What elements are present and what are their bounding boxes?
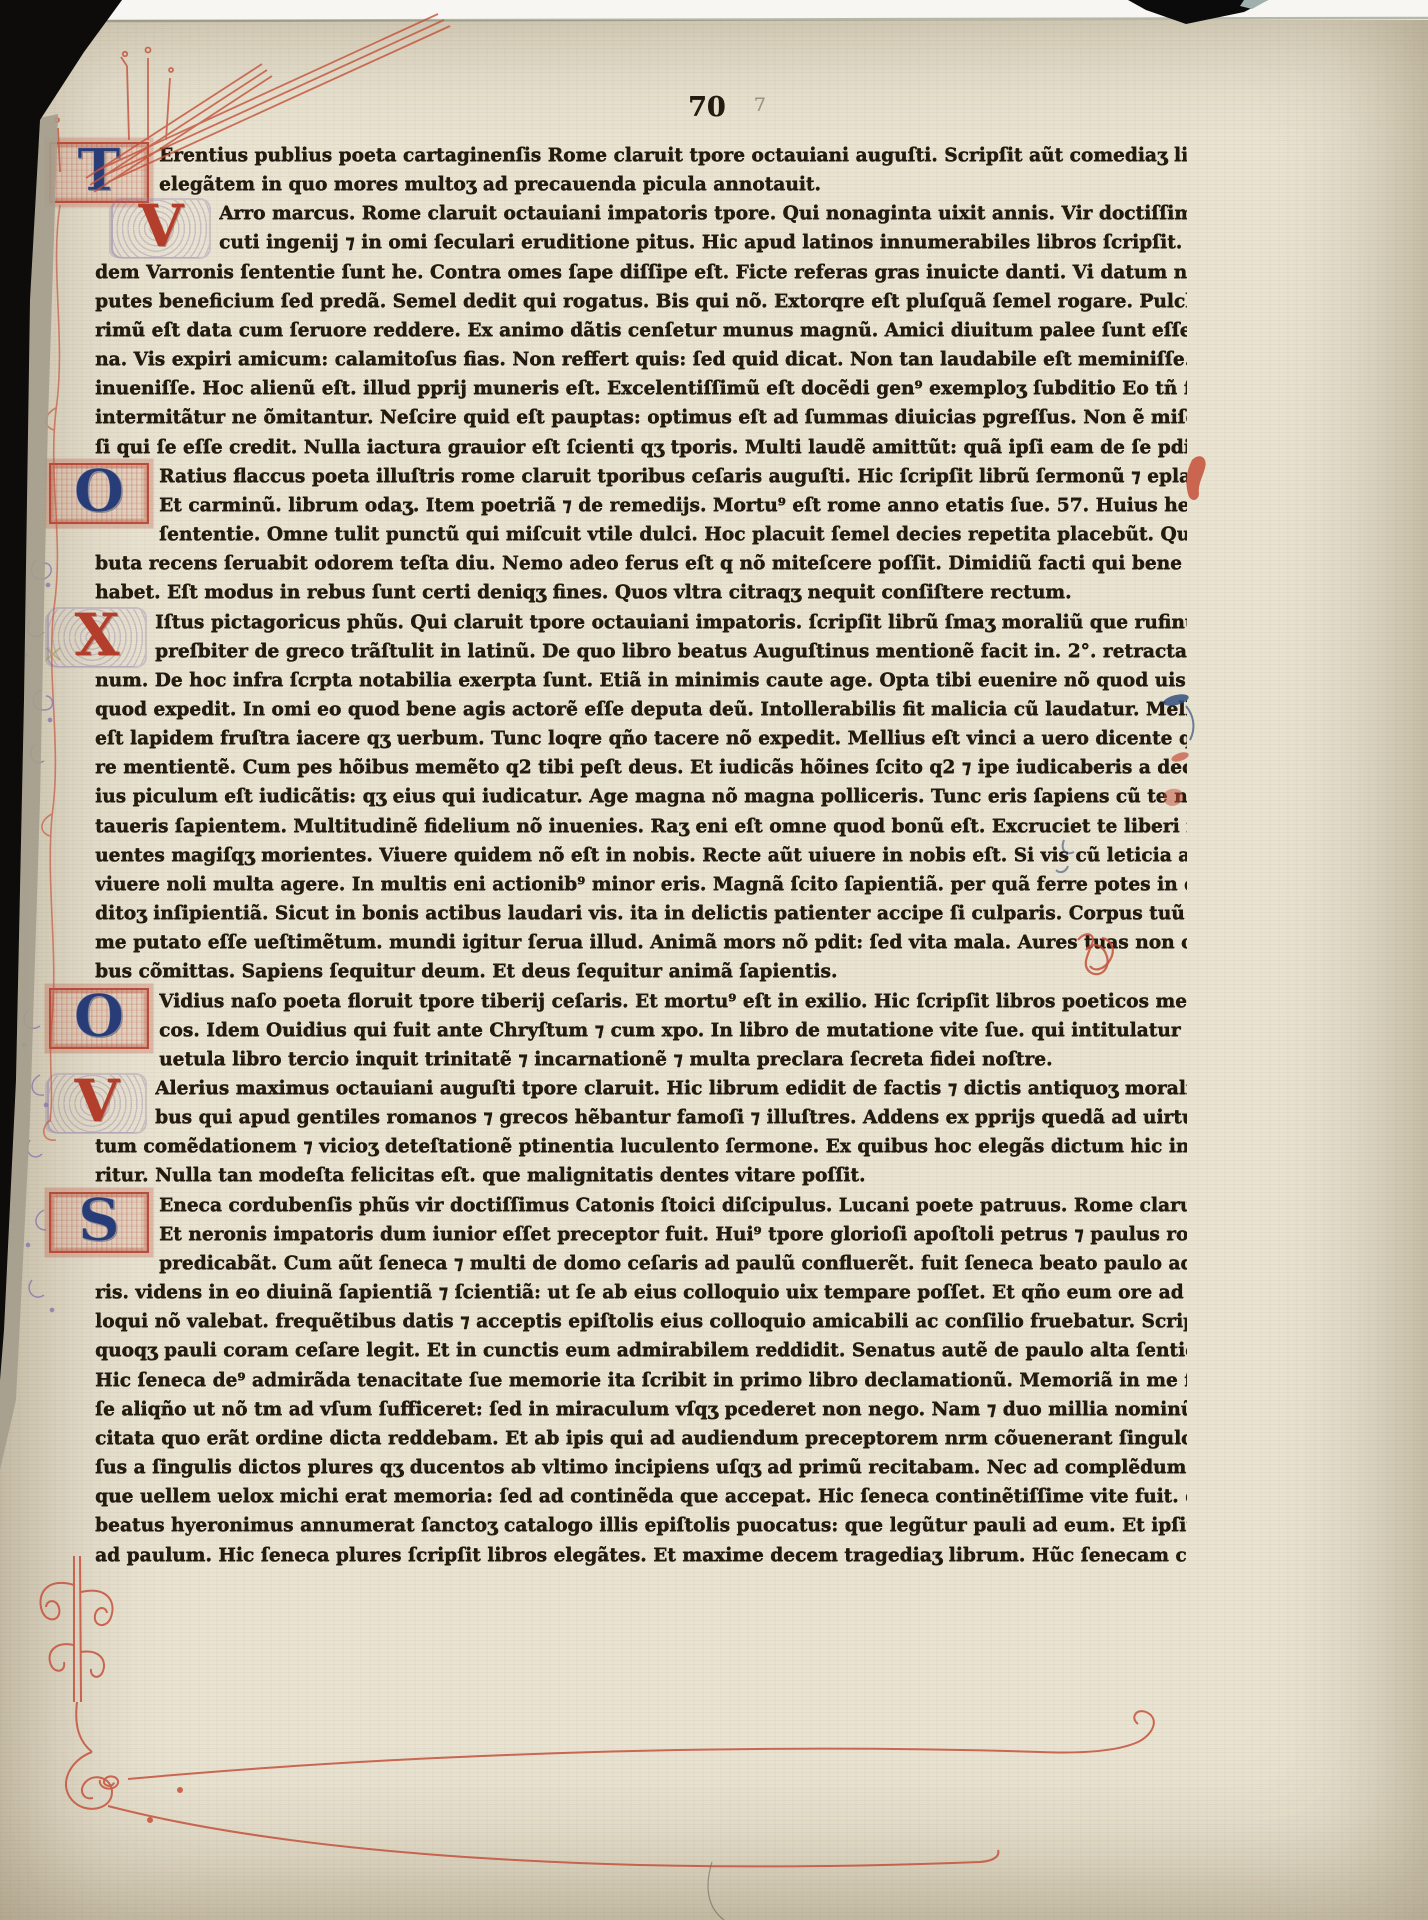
text-block: TErentius publius poeta cartaginenſis Ro… bbox=[95, 141, 1187, 1570]
text-line: predicabãt. Cum aũt ſeneca ⁊ multi de do… bbox=[159, 1249, 1187, 1278]
text-line: quod expedit. In omi eo quod bene agis a… bbox=[95, 695, 1187, 724]
text-line: Hic ſeneca de⁹ admirãda tenacitate ſue m… bbox=[95, 1366, 1187, 1395]
text-line: uetula libro tercio inquit trinitatẽ ⁊ i… bbox=[159, 1045, 1187, 1074]
text-line: preſbiter de greco trãſtulit in latinũ. … bbox=[155, 637, 1187, 666]
text-line: Alerius maximus octauiani auguſti tpore … bbox=[155, 1074, 1187, 1103]
drop-cap-letter: O bbox=[51, 990, 147, 1042]
text-line: citata quo erãt ordine dicta reddebam. E… bbox=[95, 1424, 1187, 1453]
text-line: Ratius flaccus poeta illuſtris rome clar… bbox=[159, 462, 1187, 491]
text-line: ſe aliqño ut nõ tm ad vſum ſufficeret: ſ… bbox=[95, 1395, 1187, 1424]
quire-mark: 7 bbox=[754, 94, 766, 116]
text-line: elegãtem in quo mores multoʒ ad precauen… bbox=[159, 170, 1187, 199]
drop-cap: V bbox=[49, 1075, 145, 1132]
drop-cap-letter: S bbox=[51, 1194, 147, 1246]
text-line: cuti ingenij ⁊ in omi ſeculari erudition… bbox=[219, 228, 1187, 257]
text-line: quoqʒ pauli coram ceſare legit. Et in cu… bbox=[95, 1336, 1187, 1365]
text-line: buta recens ſeruabit odorem teſta diu. N… bbox=[95, 549, 1187, 578]
text-line: ritur. Nulla tan modeſta felicitas eſt. … bbox=[95, 1161, 1187, 1190]
paragraph: VAlerius maximus octauiani auguſti tpore… bbox=[95, 1074, 1187, 1191]
text-line: Vidius naſo poeta floruit tpore tiberij … bbox=[159, 987, 1187, 1016]
text-line: taueris ſapientem. Multitudinẽ fidelium … bbox=[95, 812, 1187, 841]
text-line: habet. Eſt modus in rebus ſunt certi den… bbox=[95, 578, 1187, 607]
paragraph: ORatius flaccus poeta illuſtris rome cla… bbox=[95, 462, 1187, 608]
paragraph: OVidius naſo poeta floruit tpore tiberij… bbox=[95, 987, 1187, 1074]
drop-cap: T bbox=[49, 142, 149, 203]
paragraph: XIſtus pictagoricus phũs. Qui claruit tp… bbox=[95, 608, 1187, 987]
text-line: loqui nõ valebat. frequẽtibus datis ⁊ ac… bbox=[95, 1307, 1187, 1336]
text-line: bus cõmittas. Sapiens ſequitur deum. Et … bbox=[95, 957, 1187, 986]
text-line: ditoʒ inſipientiã. Sicut in bonis actibu… bbox=[95, 899, 1187, 928]
drop-cap: V bbox=[113, 200, 209, 257]
text-line: eſt lapidem fruſtra iacere qʒ uerbum. Tu… bbox=[95, 724, 1187, 753]
text-line: Iſtus pictagoricus phũs. Qui claruit tpo… bbox=[155, 608, 1187, 637]
text-line: que uellem uelox michi erat memoria: ſed… bbox=[95, 1482, 1187, 1511]
text-line: re mentientẽ. Cum pes hõibus memẽto q2 t… bbox=[95, 753, 1187, 782]
text-line: na. Vis expiri amicum: calamitoſus fias.… bbox=[95, 345, 1187, 374]
text-line: tum comẽdationem ⁊ vicioʒ deteſtationẽ p… bbox=[95, 1132, 1187, 1161]
text-line: bus qui apud gentiles romanos ⁊ grecos h… bbox=[155, 1103, 1187, 1132]
drop-cap: O bbox=[49, 463, 149, 524]
text-line: uentes magiſqʒ morientes. Viuere quidem … bbox=[95, 841, 1187, 870]
text-line: dem Varronis ſententie ſunt he. Contra o… bbox=[95, 258, 1187, 287]
text-line: beatus hyeronimus annumerat ſanctoʒ cata… bbox=[95, 1511, 1187, 1540]
text-line: viuere noli multa agere. In multis eni a… bbox=[95, 870, 1187, 899]
paragraph: VArro marcus. Rome claruit octauiani imp… bbox=[95, 199, 1187, 461]
text-line: ius piculum eſt iudicãtis: qʒ eius qui i… bbox=[95, 782, 1187, 811]
text-line: Eneca cordubenſis phũs vir doctiſſimus C… bbox=[159, 1191, 1187, 1220]
text-line: Arro marcus. Rome claruit octauiani impa… bbox=[219, 199, 1187, 228]
text-line: putes beneficium ſed predã. Semel dedit … bbox=[95, 287, 1187, 316]
paragraph: TErentius publius poeta cartaginenſis Ro… bbox=[95, 141, 1187, 199]
drop-cap-letter: O bbox=[51, 465, 147, 517]
drop-cap: X bbox=[49, 609, 145, 666]
text-line: Et neronis impatoris dum iunior eſſet pr… bbox=[159, 1220, 1187, 1249]
text-line: intermitãtur ne õmitantur. Neſcire quid … bbox=[95, 403, 1187, 432]
text-line: rimũ eſt data cum ſeruore reddere. Ex an… bbox=[95, 316, 1187, 345]
text-line: ſus a ſingulis dictos plures qʒ ducentos… bbox=[95, 1453, 1187, 1482]
paragraph: SEneca cordubenſis phũs vir doctiſſimus … bbox=[95, 1191, 1187, 1570]
drop-cap: S bbox=[49, 1192, 149, 1253]
text-line: Et carminũ. librum odaʒ. Item poetriã ⁊ … bbox=[159, 491, 1187, 520]
folio-number: 70 bbox=[688, 92, 726, 123]
folio-header: 70 7 bbox=[688, 92, 766, 123]
drop-cap-letter: V bbox=[113, 200, 209, 252]
drop-cap: O bbox=[49, 988, 149, 1049]
text-line: ad paulum. Hic ſeneca plures ſcripſit li… bbox=[95, 1541, 1187, 1570]
photo-backdrop: 70 7 TErentius publius poeta cartaginenſ… bbox=[0, 0, 1428, 1920]
text-line: ſi qui ſe eſſe credit. Nulla iactura gra… bbox=[95, 433, 1187, 462]
text-line: num. De hoc infra ſcrpta notabilia exerp… bbox=[95, 666, 1187, 695]
drop-cap-letter: V bbox=[49, 1075, 145, 1127]
text-line: ris. videns in eo diuinã ſapientiã ⁊ ſci… bbox=[95, 1278, 1187, 1307]
text-line: cos. Idem Ouidius qui fuit ante Chryſtum… bbox=[159, 1016, 1187, 1045]
drop-cap-letter: T bbox=[51, 144, 147, 196]
drop-cap-letter: X bbox=[49, 609, 145, 661]
text-line: Erentius publius poeta cartaginenſis Rom… bbox=[159, 141, 1187, 170]
text-line: inueniſſe. Hoc alienũ eſt. illud pprij m… bbox=[95, 374, 1187, 403]
text-line: me putato eſſe ueſtimẽtum. mundi igitur … bbox=[95, 928, 1187, 957]
text-line: ſententie. Omne tulit punctũ qui miſcuit… bbox=[159, 520, 1187, 549]
